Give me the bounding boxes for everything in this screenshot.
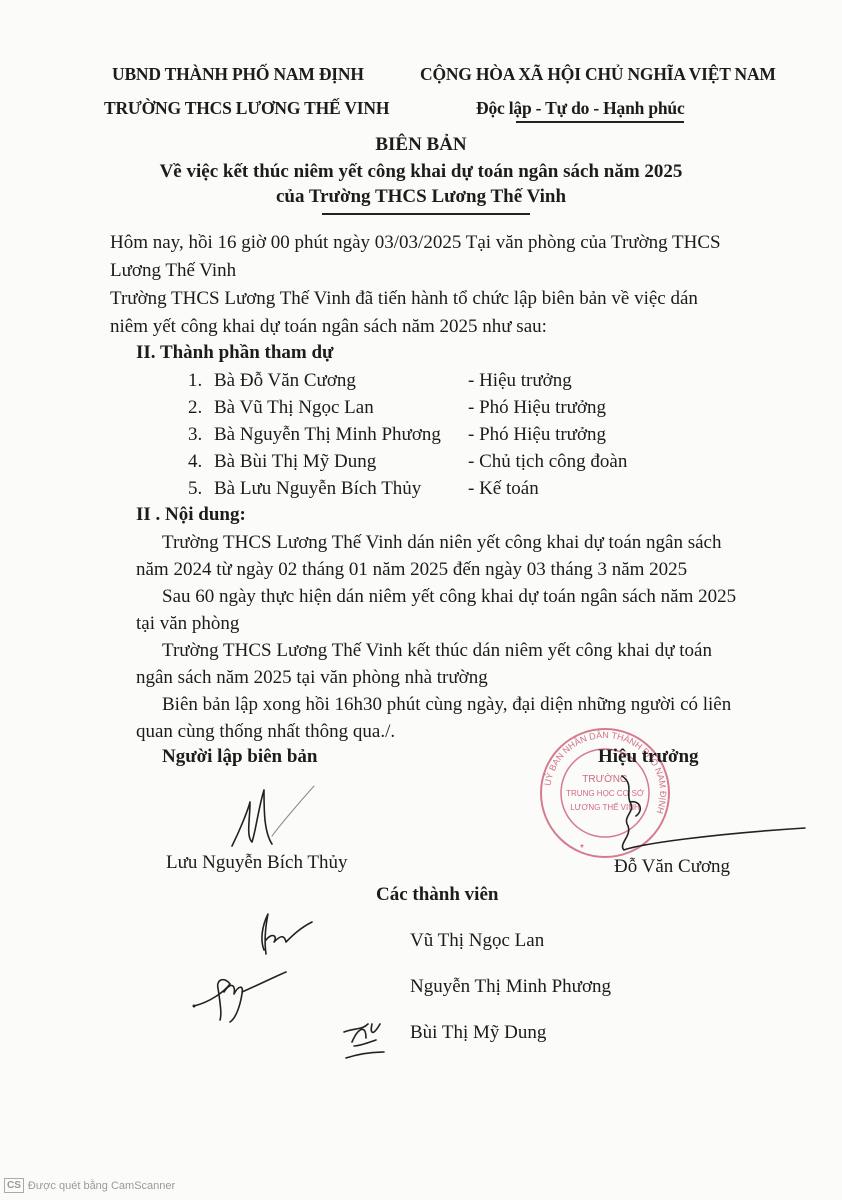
content-line: năm 2024 từ ngày 02 tháng 01 năm 2025 đế… — [136, 559, 687, 581]
attendee-num: 2. — [188, 397, 202, 419]
member-signature-icon — [340, 1018, 390, 1062]
attendee-name: Bà Vũ Thị Ngọc Lan — [214, 397, 374, 419]
content-line: quan cùng thống nhất thông qua./. — [136, 721, 395, 743]
content-heading: II . Nội dung: — [136, 504, 246, 526]
intro-line-2: Lương Thế Vinh — [110, 260, 236, 282]
recorder-title: Người lập biên bản — [162, 746, 318, 768]
members-title: Các thành viên — [376, 884, 498, 906]
content-line: Trường THCS Lương Thế Vinh dán niên yết … — [162, 532, 721, 554]
attendee-num: 1. — [188, 370, 202, 392]
member-name: Bùi Thị Mỹ Dung — [410, 1022, 546, 1044]
attendee-role: - Phó Hiệu trưởng — [468, 397, 606, 419]
attendee-name: Bà Lưu Nguyễn Bích Thủy — [214, 478, 421, 500]
nation-motto: Độc lập - Tự do - Hạnh phúc — [476, 98, 685, 119]
attendees-heading: II. Thành phần tham dự — [136, 342, 333, 364]
content-line: ngân sách năm 2025 tại văn phòng nhà trư… — [136, 667, 488, 689]
attendee-num: 4. — [188, 451, 202, 473]
member-name: Vũ Thị Ngọc Lan — [410, 930, 544, 952]
recorder-signature-icon — [228, 780, 318, 852]
principal-title: Hiệu trưởng — [598, 746, 699, 768]
member-signature-icon — [190, 962, 290, 1024]
content-line: Sau 60 ngày thực hiện dán niêm yết công … — [162, 586, 736, 608]
content-line: tại văn phòng — [136, 613, 239, 635]
attendee-num: 3. — [188, 424, 202, 446]
attendee-num: 5. — [188, 478, 202, 500]
attendee-name: Bà Nguyễn Thị Minh Phương — [214, 424, 441, 446]
camscanner-watermark: CS Được quét bằng CamScanner — [4, 1178, 175, 1193]
principal-signature-icon — [600, 770, 810, 860]
recorder-name: Lưu Nguyễn Bích Thủy — [166, 852, 347, 874]
intro-line-1: Hôm nay, hồi 16 giờ 00 phút ngày 03/03/2… — [110, 232, 721, 254]
attendee-name: Bà Đỗ Văn Cương — [214, 370, 356, 392]
camscanner-logo-icon: CS — [4, 1178, 24, 1193]
attendee-name: Bà Bùi Thị Mỹ Dung — [214, 451, 376, 473]
attendee-role: - Hiệu trưởng — [468, 370, 572, 392]
stamp-star: * — [580, 843, 584, 854]
attendee-role: - Kế toán — [468, 478, 539, 500]
attendee-role: - Chủ tịch công đoàn — [468, 451, 627, 473]
agency-name: UBND THÀNH PHỐ NAM ĐỊNH — [112, 64, 364, 85]
principal-name: Đỗ Văn Cương — [614, 856, 730, 878]
motto-underline — [516, 121, 684, 123]
member-name: Nguyễn Thị Minh Phương — [410, 976, 611, 998]
doc-subtitle-1: Về việc kết thúc niêm yết công khai dự t… — [0, 161, 842, 183]
camscanner-text: Được quét bằng CamScanner — [28, 1180, 175, 1192]
attendee-role: - Phó Hiệu trưởng — [468, 424, 606, 446]
member-signature-icon — [252, 910, 316, 958]
intro-line-3: Trường THCS Lương Thế Vinh đã tiến hành … — [110, 288, 698, 310]
doc-title: BIÊN BẢN — [0, 134, 842, 156]
title-underline — [322, 213, 530, 215]
doc-subtitle-2: của Trường THCS Lương Thế Vinh — [0, 186, 842, 208]
nation-name: CỘNG HÒA XÃ HỘI CHỦ NGHĨA VIỆT NAM — [420, 64, 776, 85]
school-name: TRƯỜNG THCS LƯƠNG THẾ VINH — [104, 98, 389, 119]
intro-line-4: niêm yết công khai dự toán ngân sách năm… — [110, 316, 547, 338]
content-line: Trường THCS Lương Thế Vinh kết thúc dán … — [162, 640, 712, 662]
content-line: Biên bản lập xong hồi 16h30 phút cùng ng… — [162, 694, 731, 716]
